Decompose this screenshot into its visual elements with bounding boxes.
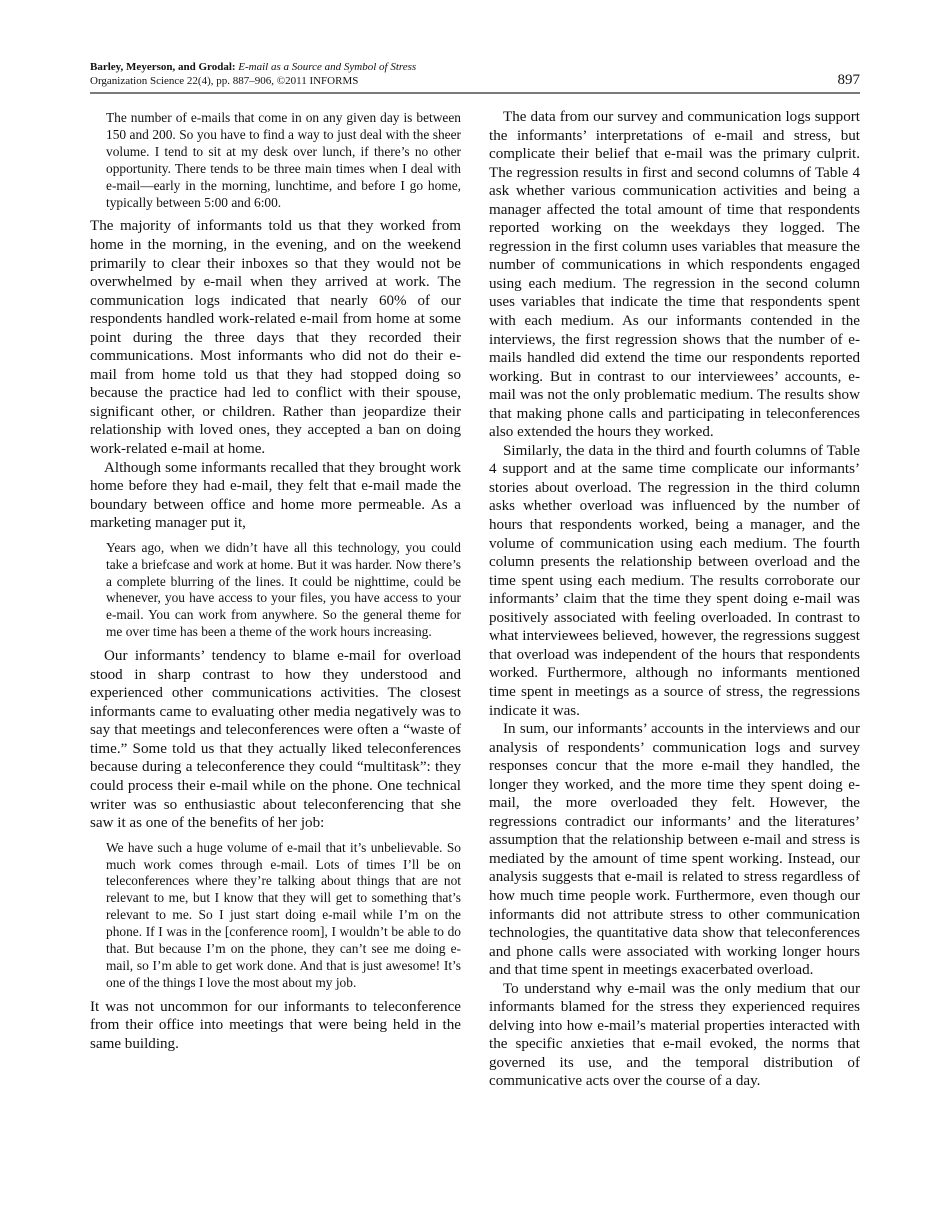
paragraph: The majority of informants told us that … xyxy=(90,217,461,458)
spacer xyxy=(90,533,461,540)
paragraph: Similarly, the data in the third and fou… xyxy=(489,442,860,720)
running-head-authors: Barley, Meyerson, and Grodal: xyxy=(90,61,236,73)
left-column: The number of e-mails that come in on an… xyxy=(90,108,461,1053)
header-rule xyxy=(90,92,860,94)
journal-page: Barley, Meyerson, and Grodal: E-mail as … xyxy=(0,0,950,1230)
block-quote: Years ago, when we didn’t have all this … xyxy=(106,540,461,641)
paragraph: Our informants’ tendency to blame e-mail… xyxy=(90,647,461,832)
paragraph: In sum, our informants’ accounts in the … xyxy=(489,720,860,980)
running-head-title-line: Barley, Meyerson, and Grodal: E-mail as … xyxy=(90,60,860,74)
paragraph: It was not uncommon for our informants t… xyxy=(90,998,461,1054)
page-number: 897 xyxy=(838,72,861,88)
block-quote: The number of e-mails that come in on an… xyxy=(106,110,461,211)
right-column: The data from our survey and communicati… xyxy=(489,108,860,1091)
running-head-citation: Organization Science 22(4), pp. 887–906,… xyxy=(90,74,860,88)
block-quote: We have such a huge volume of e-mail tha… xyxy=(106,840,461,992)
paragraph: Although some informants recalled that t… xyxy=(90,459,461,533)
spacer xyxy=(90,833,461,840)
running-head: Barley, Meyerson, and Grodal: E-mail as … xyxy=(90,60,860,92)
running-head-article-title: E-mail as a Source and Symbol of Stress xyxy=(238,61,416,73)
paragraph: To understand why e-mail was the only me… xyxy=(489,980,860,1091)
paragraph: The data from our survey and communicati… xyxy=(489,108,860,442)
